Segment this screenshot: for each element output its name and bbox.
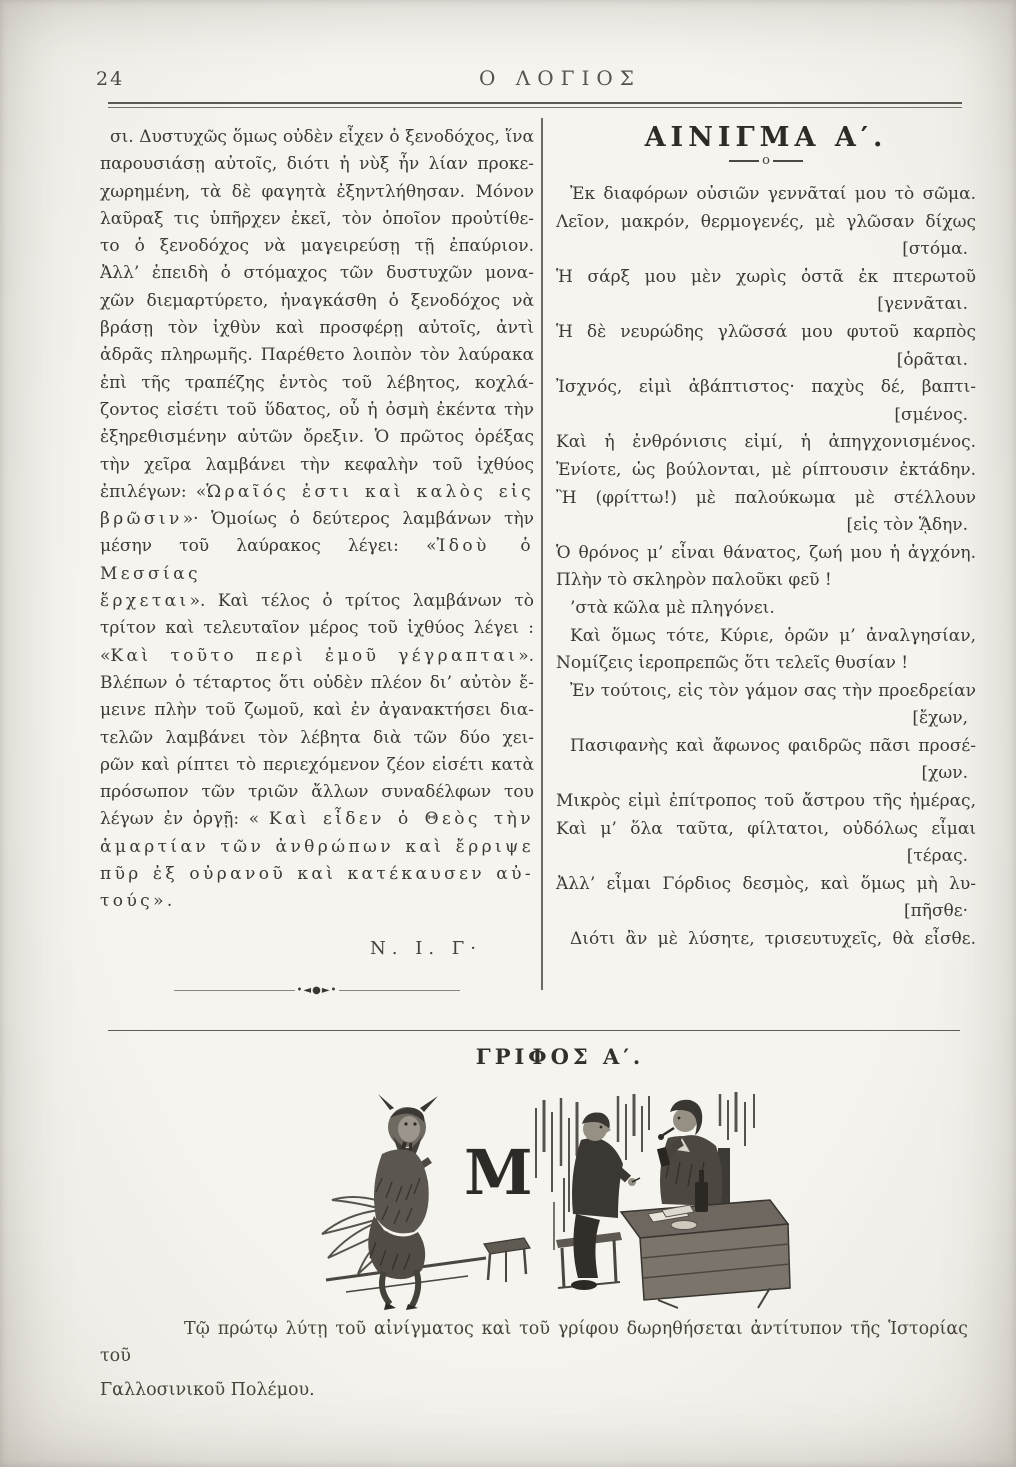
story-line: τελῶν λαμβάνει τὸν λέβητα διὰ τῶν δύο χε…: [100, 725, 534, 752]
satyr-eye-left: [404, 1122, 407, 1125]
column-divider-rule: [541, 118, 543, 990]
story-line: ἐπιλέγων: «Ὡραῖός ἐστι καὶ καλὸς εἰς: [100, 479, 534, 506]
story-line: «Καὶ τοῦτο περὶ ἐμοῦ γέγραπται».: [100, 643, 534, 670]
emphasized-text: πῦρ ἐξ οὐρανοῦ καὶ κατέκαυσεν αὐ-: [100, 864, 534, 884]
riddle-title: ΑΙΝΙΓΜΑ Α′.: [556, 122, 976, 153]
rebus-title: ΓΡΙΦΟΣ Α′.: [104, 1044, 1016, 1069]
story-line: Βλέπων ὁ τέταρτος ὅτι οὐδὲν πλέον δι’ αὐ…: [100, 670, 534, 697]
story-line: λέγων ἐν ὀργῇ: « Καὶ εἶδεν ὁ Θεὸς τὴν: [100, 806, 534, 833]
ornament-line-left: [729, 160, 759, 161]
story-line: χῶν διεμαρτύρετο, ἠναγκάσθη ὁ ξενοδόχος …: [100, 288, 534, 315]
body-text: λέγων ἐν ὀργῇ: «: [100, 809, 269, 829]
story-line: ἔρχεται». Καὶ τέλος ὁ τρίτος λαμβάνων τὸ: [100, 588, 534, 615]
body-text: ». Καὶ τέλος ὁ τρίτος λαμβάνων τὸ: [190, 591, 534, 611]
story-line: ζοντος εἰσέτι τοῦ ὕδατος, οὗ ἡ ὀσμὴ ἐκέν…: [100, 397, 534, 424]
verse-line: Διότι ἂν μὲ λύσητε, τρισευτυχεῖς, θὰ εἶσ…: [556, 926, 976, 954]
story-text: σι. Δυστυχῶς ὅμως οὐδὲν εἶχεν ὁ ξενοδόχο…: [100, 124, 534, 916]
body-text: μεινε πλὴν τοῦ ζωμοῦ, καὶ ἐν ἀγανακτήσει…: [100, 700, 534, 720]
story-line: πρόσωπον τῶν τριῶν ἄλλων συναδέλφων του: [100, 779, 534, 806]
scanned-page: 24 Ο ΛΟΓΙΟΣ σι. Δυστυχῶς ὅμως οὐδὲν εἶχε…: [0, 0, 1016, 1467]
right-column-riddle: ΑΙΝΙΓΜΑ Α′. ο Ἐκ διαφόρων οὐσιῶν γεννᾶτα…: [556, 118, 976, 954]
verse-line: ’στὰ κῶλα μὲ πληγόνει.: [556, 595, 976, 623]
satyr-face: [398, 1116, 420, 1142]
legs: [573, 1214, 600, 1278]
emphasized-text: τούς».: [100, 891, 176, 911]
divider-ornament-glyphs: •◄●►•: [295, 985, 340, 996]
horn-right: [420, 1096, 438, 1112]
verse-line: Ἰσχνός, εἰμὶ ἀβάπτιστος· παχὺς δέ, βαπτι…: [556, 374, 976, 402]
prize-note-line-2: Γαλλοσινικοῦ Πολέμου.: [100, 1377, 968, 1404]
author-initials: Ν. Ι. Γ·: [100, 938, 534, 959]
letter-M: M: [464, 1136, 533, 1209]
verse-line: Νομίζεις ἱεροπρεπῶς ὅτι τελεῖς θυσίαν !: [556, 650, 976, 678]
emphasized-text: Ὡραῖός ἐστι καὶ καλὸς εἰς: [206, 482, 534, 502]
story-line: τρίτον καὶ τελευταῖον μέρος τοῦ ἰχθύος λ…: [100, 615, 534, 642]
story-line: σι. Δυστυχῶς ὅμως οὐδὲν εἶχεν ὁ ξενοδόχο…: [100, 124, 534, 151]
body-text: Βλέπων ὁ τέταρτος ὅτι οὐδὲν πλέον δι’ αὐ…: [100, 673, 534, 693]
left-column-story: σι. Δυστυχῶς ὅμως οὐδὲν εἶχεν ὁ ξενοδόχο…: [100, 118, 534, 996]
verse-line: Λεῖον, μακρόν, θερμογενές, μὲ γλῶσαν δίχ…: [556, 209, 976, 237]
story-line: βράσῃ τὸν ἰχθὺν καὶ προσφέρῃ αὐτοῖς, ἀντ…: [100, 315, 534, 342]
story-line: ἐπὶ τῆς τραπέζης ἐντὸς τοῦ λέβητος, κοχλ…: [100, 370, 534, 397]
desk-front: [640, 1224, 790, 1300]
rebus-section-rule: [108, 1030, 960, 1031]
verse-line: Ἡ δὲ νευρώδης γλῶσσά μου φυτοῦ καρπὸς: [556, 319, 976, 347]
verse-line: Ἢ (φρίττω!) μὲ παλούκωμα μὲ στέλλουν: [556, 485, 976, 513]
body-text: «: [100, 646, 110, 666]
divider-line-left: [174, 990, 295, 991]
body-text: βράσῃ τὸν ἰχθὺν καὶ προσφέρῃ αὐτοῖς, ἀντ…: [100, 318, 534, 338]
body-text: ἐπὶ τῆς τραπέζης ἐντὸς τοῦ λέβητος, κοχλ…: [100, 373, 534, 393]
body-text: ἐπιλέγων: «: [100, 482, 206, 502]
body-text: τὴν χεῖρα λαμβάνει τὴν κεφαλὴν τοῦ ἰχθύο…: [100, 455, 534, 475]
verse-runover-line: [τέρας.: [556, 843, 976, 871]
story-line: πῦρ ἐξ οὐρανοῦ καὶ κατέκαυσεν αὐ-: [100, 861, 534, 888]
verse-runover-line: [σμένος.: [556, 402, 976, 430]
desk-brace-left: [658, 1300, 678, 1308]
body-text: ρῶν καὶ ρίπτει τὸ περιεχόμενον ζέον εἰσέ…: [100, 755, 534, 775]
story-line: τούς».: [100, 888, 534, 915]
boot: [571, 1280, 597, 1290]
body-text: λαῦραξ τις ὑπῆρχεν ἐκεῖ, τὸν ὁποῖον προὐ…: [100, 209, 534, 229]
story-line: τὴν χεῖρα λαμβάνει τὴν κεφαλὴν τοῦ ἰχθύο…: [100, 452, 534, 479]
body-text: χῶν διεμαρτύρετο, ἠναγκάσθη ὁ ξενοδόχος …: [100, 291, 534, 311]
divider-line-right: [339, 990, 460, 991]
stool: [484, 1238, 530, 1282]
verse-runover-line: [εἰς τὸν ᾍδην.: [556, 512, 976, 540]
pipe-stem: [663, 1128, 674, 1135]
ornament-line-right: [773, 160, 803, 161]
horn-left: [378, 1094, 394, 1110]
story-line: ἁμαρτίαν τῶν ἀνθρώπων καὶ ἔρριψε: [100, 834, 534, 861]
header-double-rule: [108, 102, 962, 108]
verse-line: Ἐνίοτε, ὡς βούλονται, μὲ ρίπτουσιν ἐκτάδ…: [556, 457, 976, 485]
body-text: μέσην τοῦ λαύρακος λέγει: «: [100, 536, 437, 556]
verse-line: Καὶ ὅμως τότε, Κύριε, ὁρῶν μ’ ἀναλγησίαν…: [556, 623, 976, 651]
story-line: λαῦραξ τις ὑπῆρχεν ἐκεῖ, τὸν ὁποῖον προὐ…: [100, 206, 534, 233]
emphasized-text: Καὶ εἶδεν ὁ Θεὸς τὴν: [269, 809, 534, 829]
story-line: παρουσιάσῃ αὐτοῖς, διότι ἡ νὺξ ἦν λίαν π…: [100, 151, 534, 178]
coat: [572, 1138, 623, 1218]
story-line: βρῶσιν»· Ὁμοίως ὁ δεύτερος λαμβάνων τὴν: [100, 506, 534, 533]
story-line: μέσην τοῦ λαύρακος λέγει: «Ἰδοὺ ὁ Μεσσία…: [100, 533, 534, 588]
plate: [671, 1221, 697, 1230]
riddle-title-ornament: ο: [706, 156, 826, 166]
verse-line: Ὁ θρόνος μ’ εἶναι θάνατος, ζωή μου ἡ ἀγχ…: [556, 540, 976, 568]
emphasized-text: Καὶ τοῦτο περὶ ἐμοῦ γέγραπται: [110, 646, 518, 666]
body-text: τελῶν λαμβάνει τὸν λέβητα διὰ τῶν δύο χε…: [100, 728, 534, 748]
verse-line: Ἐκ διαφόρων οὐσιῶν γεννᾶταί μου τὸ σῶμα.: [556, 181, 976, 209]
prize-note-line-1: Τῷ πρώτῳ λύτῃ τοῦ αἰνίγματος καὶ τοῦ γρί…: [100, 1316, 968, 1370]
emphasized-text: βρῶσιν: [100, 509, 183, 529]
rebus-illustration: M: [318, 1082, 796, 1310]
body-text: ἐξηρεθισμένην αὐτῶν ὄρεξιν. Ὁ πρῶτος ὀρέ…: [100, 427, 534, 447]
body-text: »· Ὁμοίως ὁ δεύτερος λαμβάνων τὴν: [183, 509, 534, 529]
satyr-eye-right: [413, 1122, 416, 1125]
verse-line: Πλὴν τὸ σκληρὸν παλοῦκι φεῦ !: [556, 567, 976, 595]
verse-line: Ἐν τούτοις, εἰς τὸν γάμον σας τὴν προεδρ…: [556, 678, 976, 706]
eye: [678, 1117, 681, 1120]
verse-runover-line: [στόμα.: [556, 236, 976, 264]
desk: [621, 1170, 790, 1308]
ornamental-divider: •◄●►•: [174, 985, 460, 996]
body-text: ».: [518, 646, 534, 666]
body-text: το ὁ ξενοδόχος νὰ μαγειρεύσῃ τῇ ἐπαύριον…: [100, 236, 534, 256]
story-line: ἐξηρεθισμένην αὐτῶν ὄρεξιν. Ὁ πρῶτος ὀρέ…: [100, 424, 534, 451]
body-text: τρίτον καὶ τελευταῖον μέρος τοῦ ἰχθύος λ…: [100, 618, 534, 638]
story-line: Ἀλλ’ ἐπειδὴ ὁ στόμαχος τῶν δυστυχῶν μονα…: [100, 260, 534, 287]
story-line: μεινε πλὴν τοῦ ζωμοῦ, καὶ ἐν ἀγανακτήσει…: [100, 697, 534, 724]
body-text: ζοντος εἰσέτι τοῦ ὕδατος, οὗ ἡ ὀσμὴ ἐκέν…: [100, 400, 534, 420]
verse-runover-line: [ἔχων,: [556, 705, 976, 733]
story-line: ἁδρᾶς πληρωμῆς. Παρέθετο λοιπὸν τὸν λαύρ…: [100, 342, 534, 369]
verse-line: Πασιφανὴς καὶ ἄφωνος φαιδρῶς πᾶσι προσέ-: [556, 733, 976, 761]
journal-title: Ο ΛΟΓΙΟΣ: [104, 66, 1016, 90]
prize-note: Τῷ πρώτῳ λύτῃ τοῦ αἰνίγματος καὶ τοῦ γρί…: [100, 1316, 968, 1404]
verse-runover-line: [χων.: [556, 760, 976, 788]
verse-line: Ἡ σάρξ μου μὲν χωρὶς ὀστᾶ ἐκ πτερωτοῦ: [556, 264, 976, 292]
story-line: χωρημένη, τὰ δὲ φαγητὰ ἐξηντλήθησαν. Μόν…: [100, 179, 534, 206]
body-text: παρουσιάσῃ αὐτοῖς, διότι ἡ νὺξ ἦν λίαν π…: [100, 154, 534, 174]
ornament-circle: ο: [759, 156, 773, 166]
story-line: το ὁ ξενοδόχος νὰ μαγειρεύσῃ τῇ ἐπαύριον…: [100, 233, 534, 260]
verse-runover-line: [γεννᾶται.: [556, 291, 976, 319]
pipe-bowl: [658, 1134, 664, 1140]
body-text: Ἀλλ’ ἐπειδὴ ὁ στόμαχος τῶν δυστυχῶν μονα…: [100, 263, 534, 283]
emphasized-text: ἁμαρτίαν τῶν ἀνθρώπων καὶ ἔρριψε: [100, 837, 534, 857]
satyr-torso: [374, 1149, 429, 1233]
verse-line: Καὶ μ’ ὅλα ταῦτα, φίλτατοι, οὐδόλως εἶμα…: [556, 816, 976, 844]
verse-line: Ἀλλ’ εἶμαι Γόρδιος δεσμὸς, καὶ ὅμως μὴ λ…: [556, 871, 976, 899]
verse-runover-line: [πῆσθε·: [556, 898, 976, 926]
eye: [600, 1126, 603, 1129]
verse-line: Μικρὸς εἰμὶ ἐπίτροπος τοῦ ἄστρου τῆς ἡμέ…: [556, 788, 976, 816]
riddle-poem: Ἐκ διαφόρων οὐσιῶν γεννᾶταί μου τὸ σῶμα.…: [556, 181, 976, 954]
rebus-woodcut: M: [318, 1082, 796, 1310]
story-line: ρῶν καὶ ρίπτει τὸ περιεχόμενον ζέον εἰσέ…: [100, 752, 534, 779]
body-text: πρόσωπον τῶν τριῶν ἄλλων συναδέλφων του: [100, 782, 534, 802]
body-text: σι. Δυστυχῶς ὅμως οὐδὲν εἶχεν ὁ ξενοδόχο…: [110, 127, 534, 147]
body-text: ἁδρᾶς πληρωμῆς. Παρέθετο λοιπὸν τὸν λαύρ…: [100, 345, 534, 365]
satyr-figure: [322, 1094, 486, 1310]
emphasized-text: ἔρχεται: [100, 591, 190, 611]
verse-line: Καὶ ἡ ἐνθρόνισις εἰμί, ἡ ἀπηγχονισμένος.: [556, 429, 976, 457]
verse-runover-line: [ὁρᾶται.: [556, 347, 976, 375]
body-text: χωρημένη, τὰ δὲ φαγητὰ ἐξηντλήθησαν. Μόν…: [100, 182, 534, 202]
